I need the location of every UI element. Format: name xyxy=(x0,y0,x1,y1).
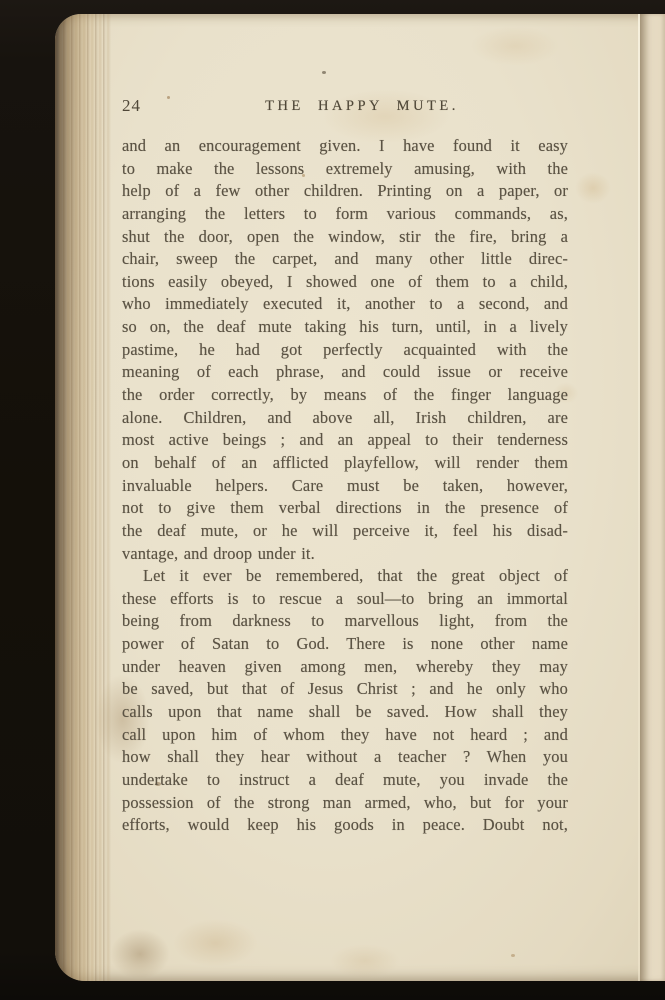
text-line: on behalf of an afflicted playfellow, wi… xyxy=(122,452,568,475)
gutter-crease xyxy=(640,14,665,981)
text-line: the deaf mute, or he will perceive it, f… xyxy=(122,520,568,543)
text-line: these efforts is to rescue a soul—to bri… xyxy=(122,588,568,611)
text-line: arranging the letters to form various co… xyxy=(122,203,568,226)
text-line: alone. Children, and above all, Irish ch… xyxy=(122,407,568,430)
text-line: and an encouragement given. I have found… xyxy=(122,135,568,158)
ink-speck xyxy=(322,71,326,74)
text-line: being from darkness to marvellous light,… xyxy=(122,610,568,633)
paragraph: Let it ever be remembered, that the grea… xyxy=(122,565,568,837)
text-line: the order correctly, by means of the fin… xyxy=(122,384,568,407)
text-line: chair, sweep the carpet, and many other … xyxy=(122,248,568,271)
ink-speck xyxy=(511,954,515,957)
running-title: THE HAPPY MUTE. xyxy=(122,98,602,115)
text-line: who immediately executed it, another to … xyxy=(122,293,568,316)
body-text: and an encouragement given. I have found… xyxy=(122,135,568,837)
running-head: 24 THE HAPPY MUTE. xyxy=(122,96,602,118)
text-line: vantage, and droop under it. xyxy=(122,543,568,566)
text-line: help of a few other children. Printing o… xyxy=(122,180,568,203)
foxing-stain xyxy=(470,26,560,66)
text-line: so on, the deaf mute taking his turn, un… xyxy=(122,316,568,339)
text-line: Let it ever be remembered, that the grea… xyxy=(122,565,568,588)
book-page: 24 THE HAPPY MUTE. and an encouragement … xyxy=(55,14,665,981)
text-line: invaluable helpers. Care must be taken, … xyxy=(122,475,568,498)
text-line: calls upon that name shall be saved. How… xyxy=(122,701,568,724)
text-line: meaning of each phrase, and could issue … xyxy=(122,361,568,384)
scan-background: 24 THE HAPPY MUTE. and an encouragement … xyxy=(0,0,665,1000)
text-line: to make the lessons extremely amusing, w… xyxy=(122,158,568,181)
text-line: not to give them verbal directions in th… xyxy=(122,497,568,520)
text-line: tions easily obeyed, I showed one of the… xyxy=(122,271,568,294)
text-line: call upon him of whom they have not hear… xyxy=(122,724,568,747)
text-line: most active beings ; and an appeal to th… xyxy=(122,429,568,452)
text-line: shut the door, open the window, stir the… xyxy=(122,226,568,249)
text-line: power of Satan to God. There is none oth… xyxy=(122,633,568,656)
text-line: efforts, would keep his goods in peace. … xyxy=(122,814,568,837)
text-line: be saved, but that of Jesus Christ ; and… xyxy=(122,678,568,701)
page-edge-stack xyxy=(55,14,111,981)
text-line: how shall they hear without a teacher ? … xyxy=(122,746,568,769)
text-line: pastime, he had got perfectly acquainted… xyxy=(122,339,568,362)
text-line: under heaven given among men, whereby th… xyxy=(122,656,568,679)
paragraph: and an encouragement given. I have found… xyxy=(122,135,568,565)
foxing-stain xyxy=(575,172,611,204)
foxing-stain xyxy=(173,919,258,967)
text-line: undertake to instruct a deaf mute, you i… xyxy=(122,769,568,792)
foxing-stain xyxy=(110,929,170,979)
text-line: possession of the strong man armed, who,… xyxy=(122,792,568,815)
foxing-stain xyxy=(330,944,400,978)
